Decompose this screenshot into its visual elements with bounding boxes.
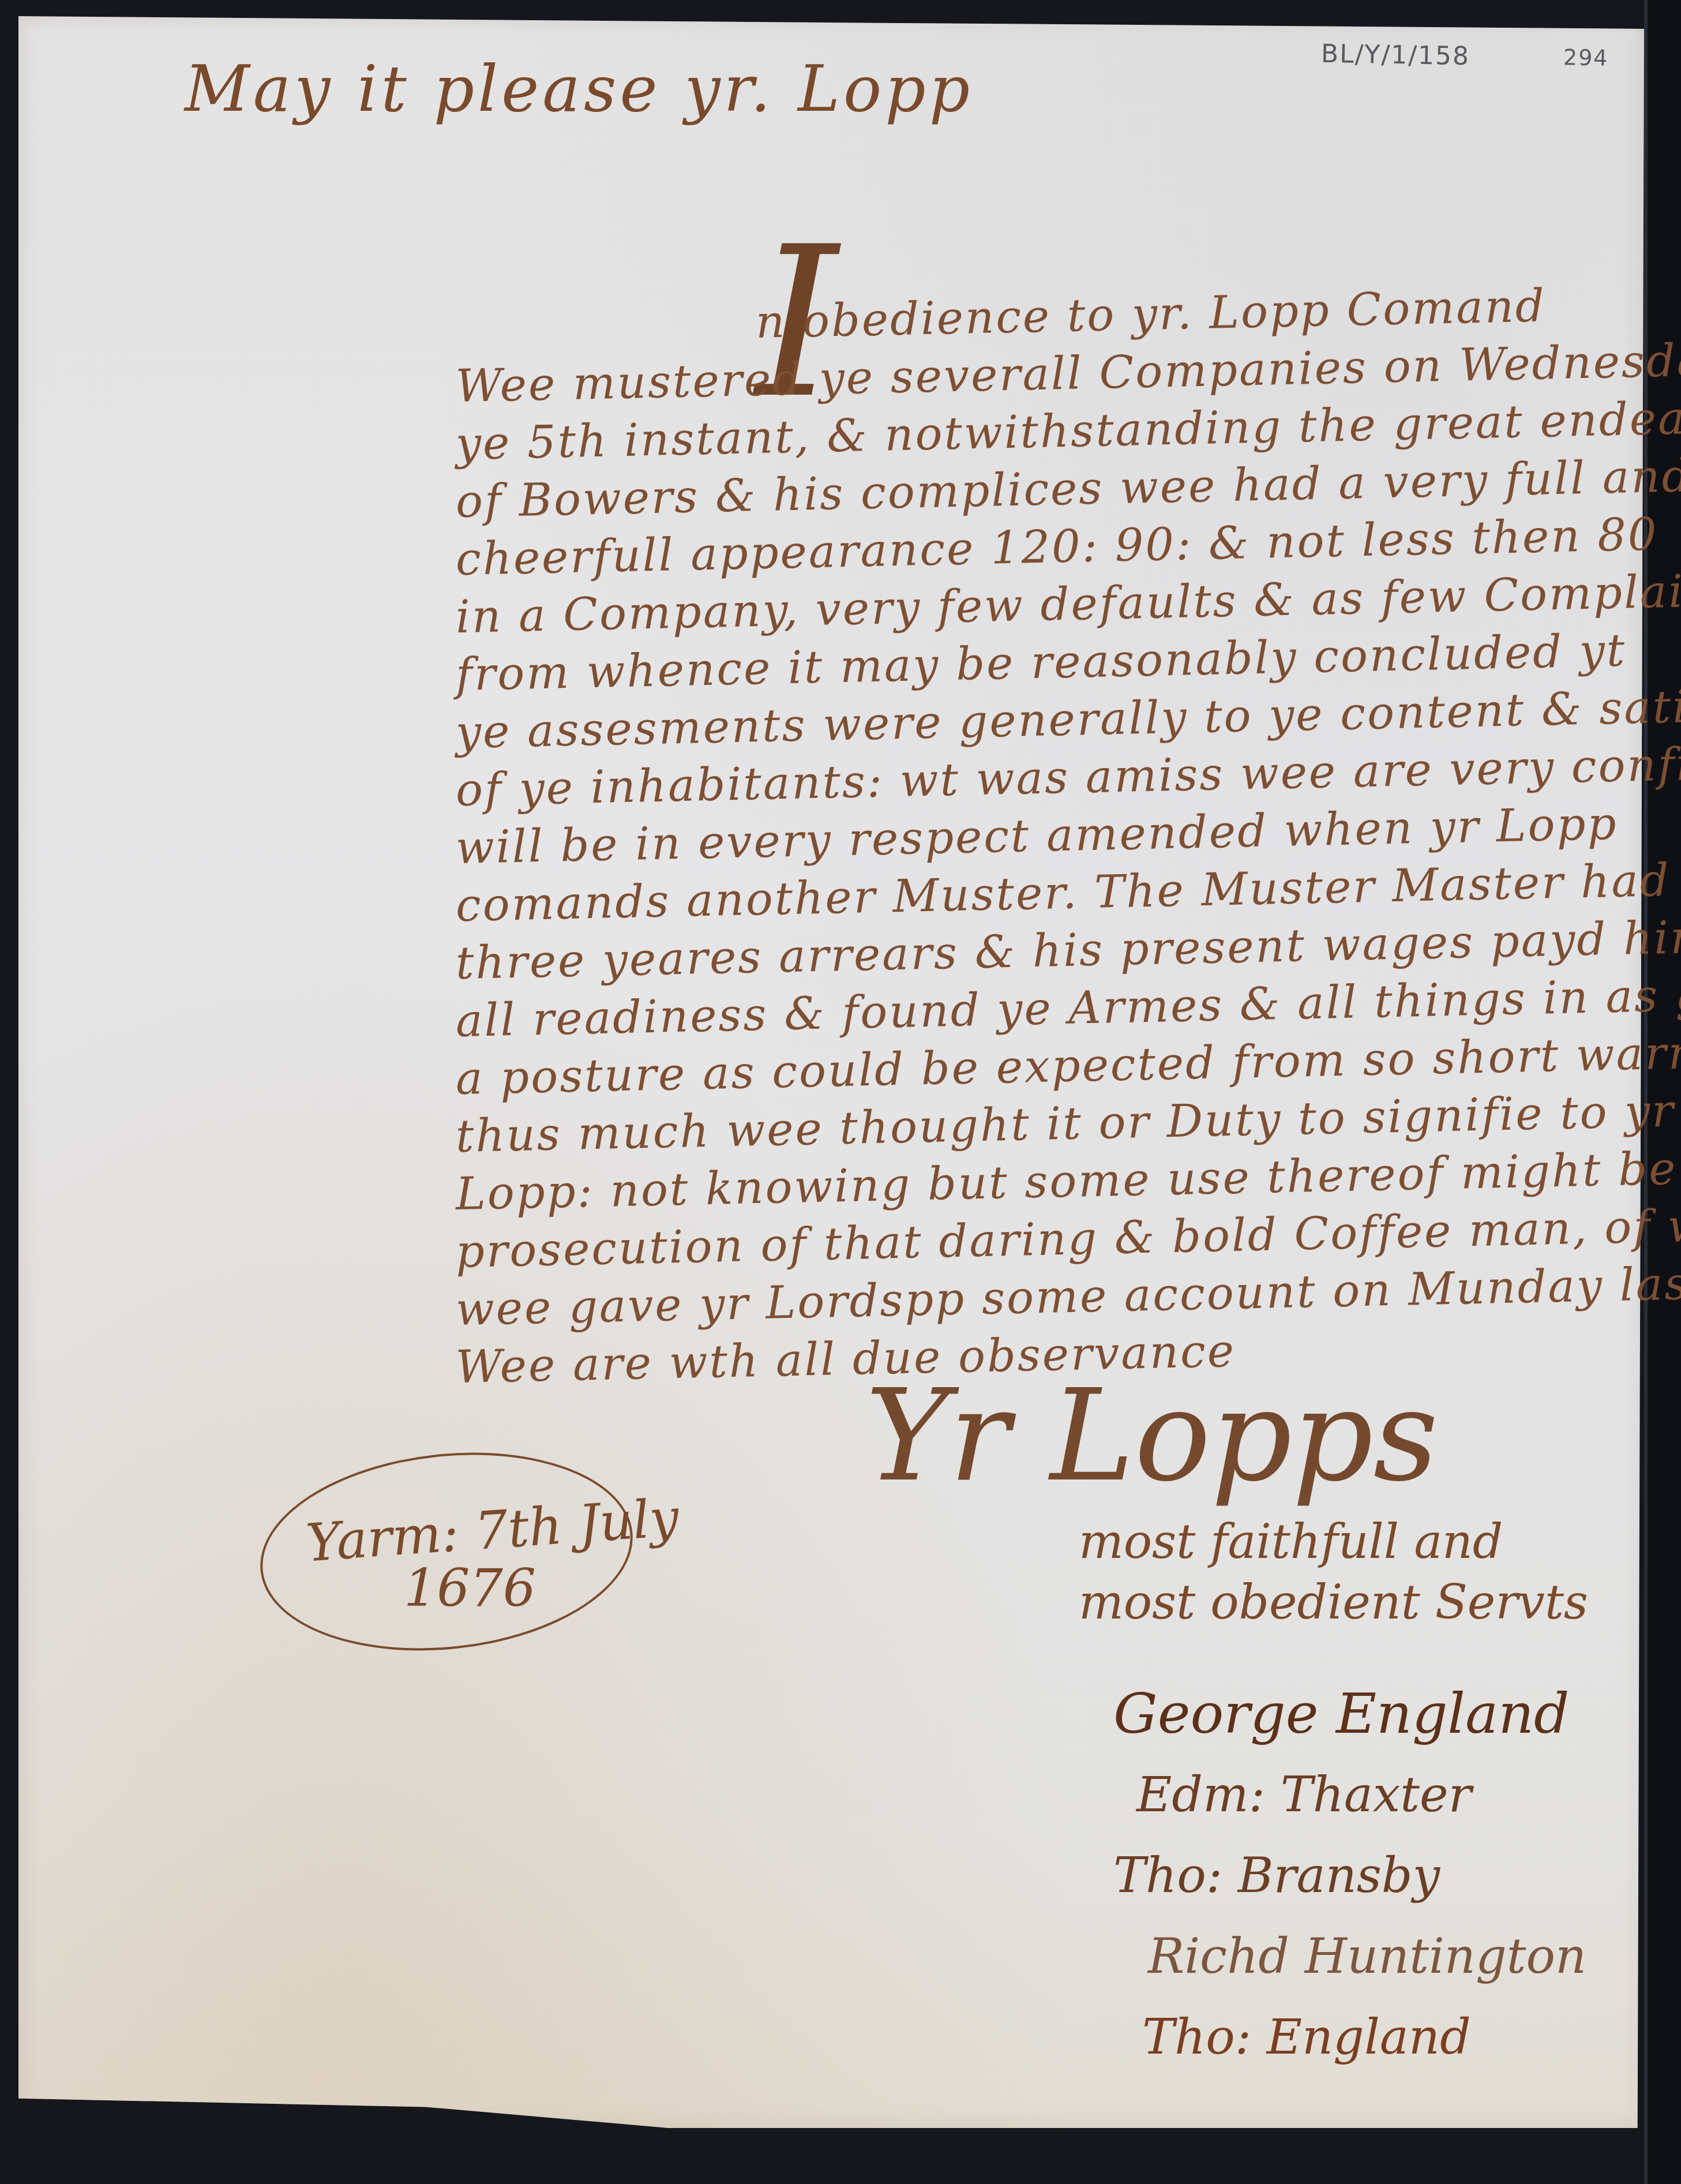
signature: Edm: Thaxter [1136,1754,1586,1835]
signature: Tho: Bransby [1113,1835,1586,1916]
signature: George England [1113,1673,1586,1754]
dateline-year: 1676 [404,1558,536,1619]
signature: Richd Huntington [1148,1916,1586,1996]
closing-yours: Yr Lopps [865,1362,1438,1509]
complimentary-close: most faithfull and most obedient Servts [1079,1512,1588,1633]
signature: Tho: England [1142,1996,1586,2077]
salutation: May it please yr. Lopp [185,52,973,126]
archive-reference: BL/Y/1/158 [1321,39,1470,71]
letter-body: n obedience to yr. Lopp Comand Wee muste… [456,300,1633,1396]
signature-block: George England Edm: Thaxter Tho: Bransby… [1113,1673,1586,2077]
folio-number: 294 [1563,44,1609,70]
closing-line-2: most obedient Servts [1079,1572,1588,1633]
closing-line-1: most faithfull and [1079,1512,1588,1572]
